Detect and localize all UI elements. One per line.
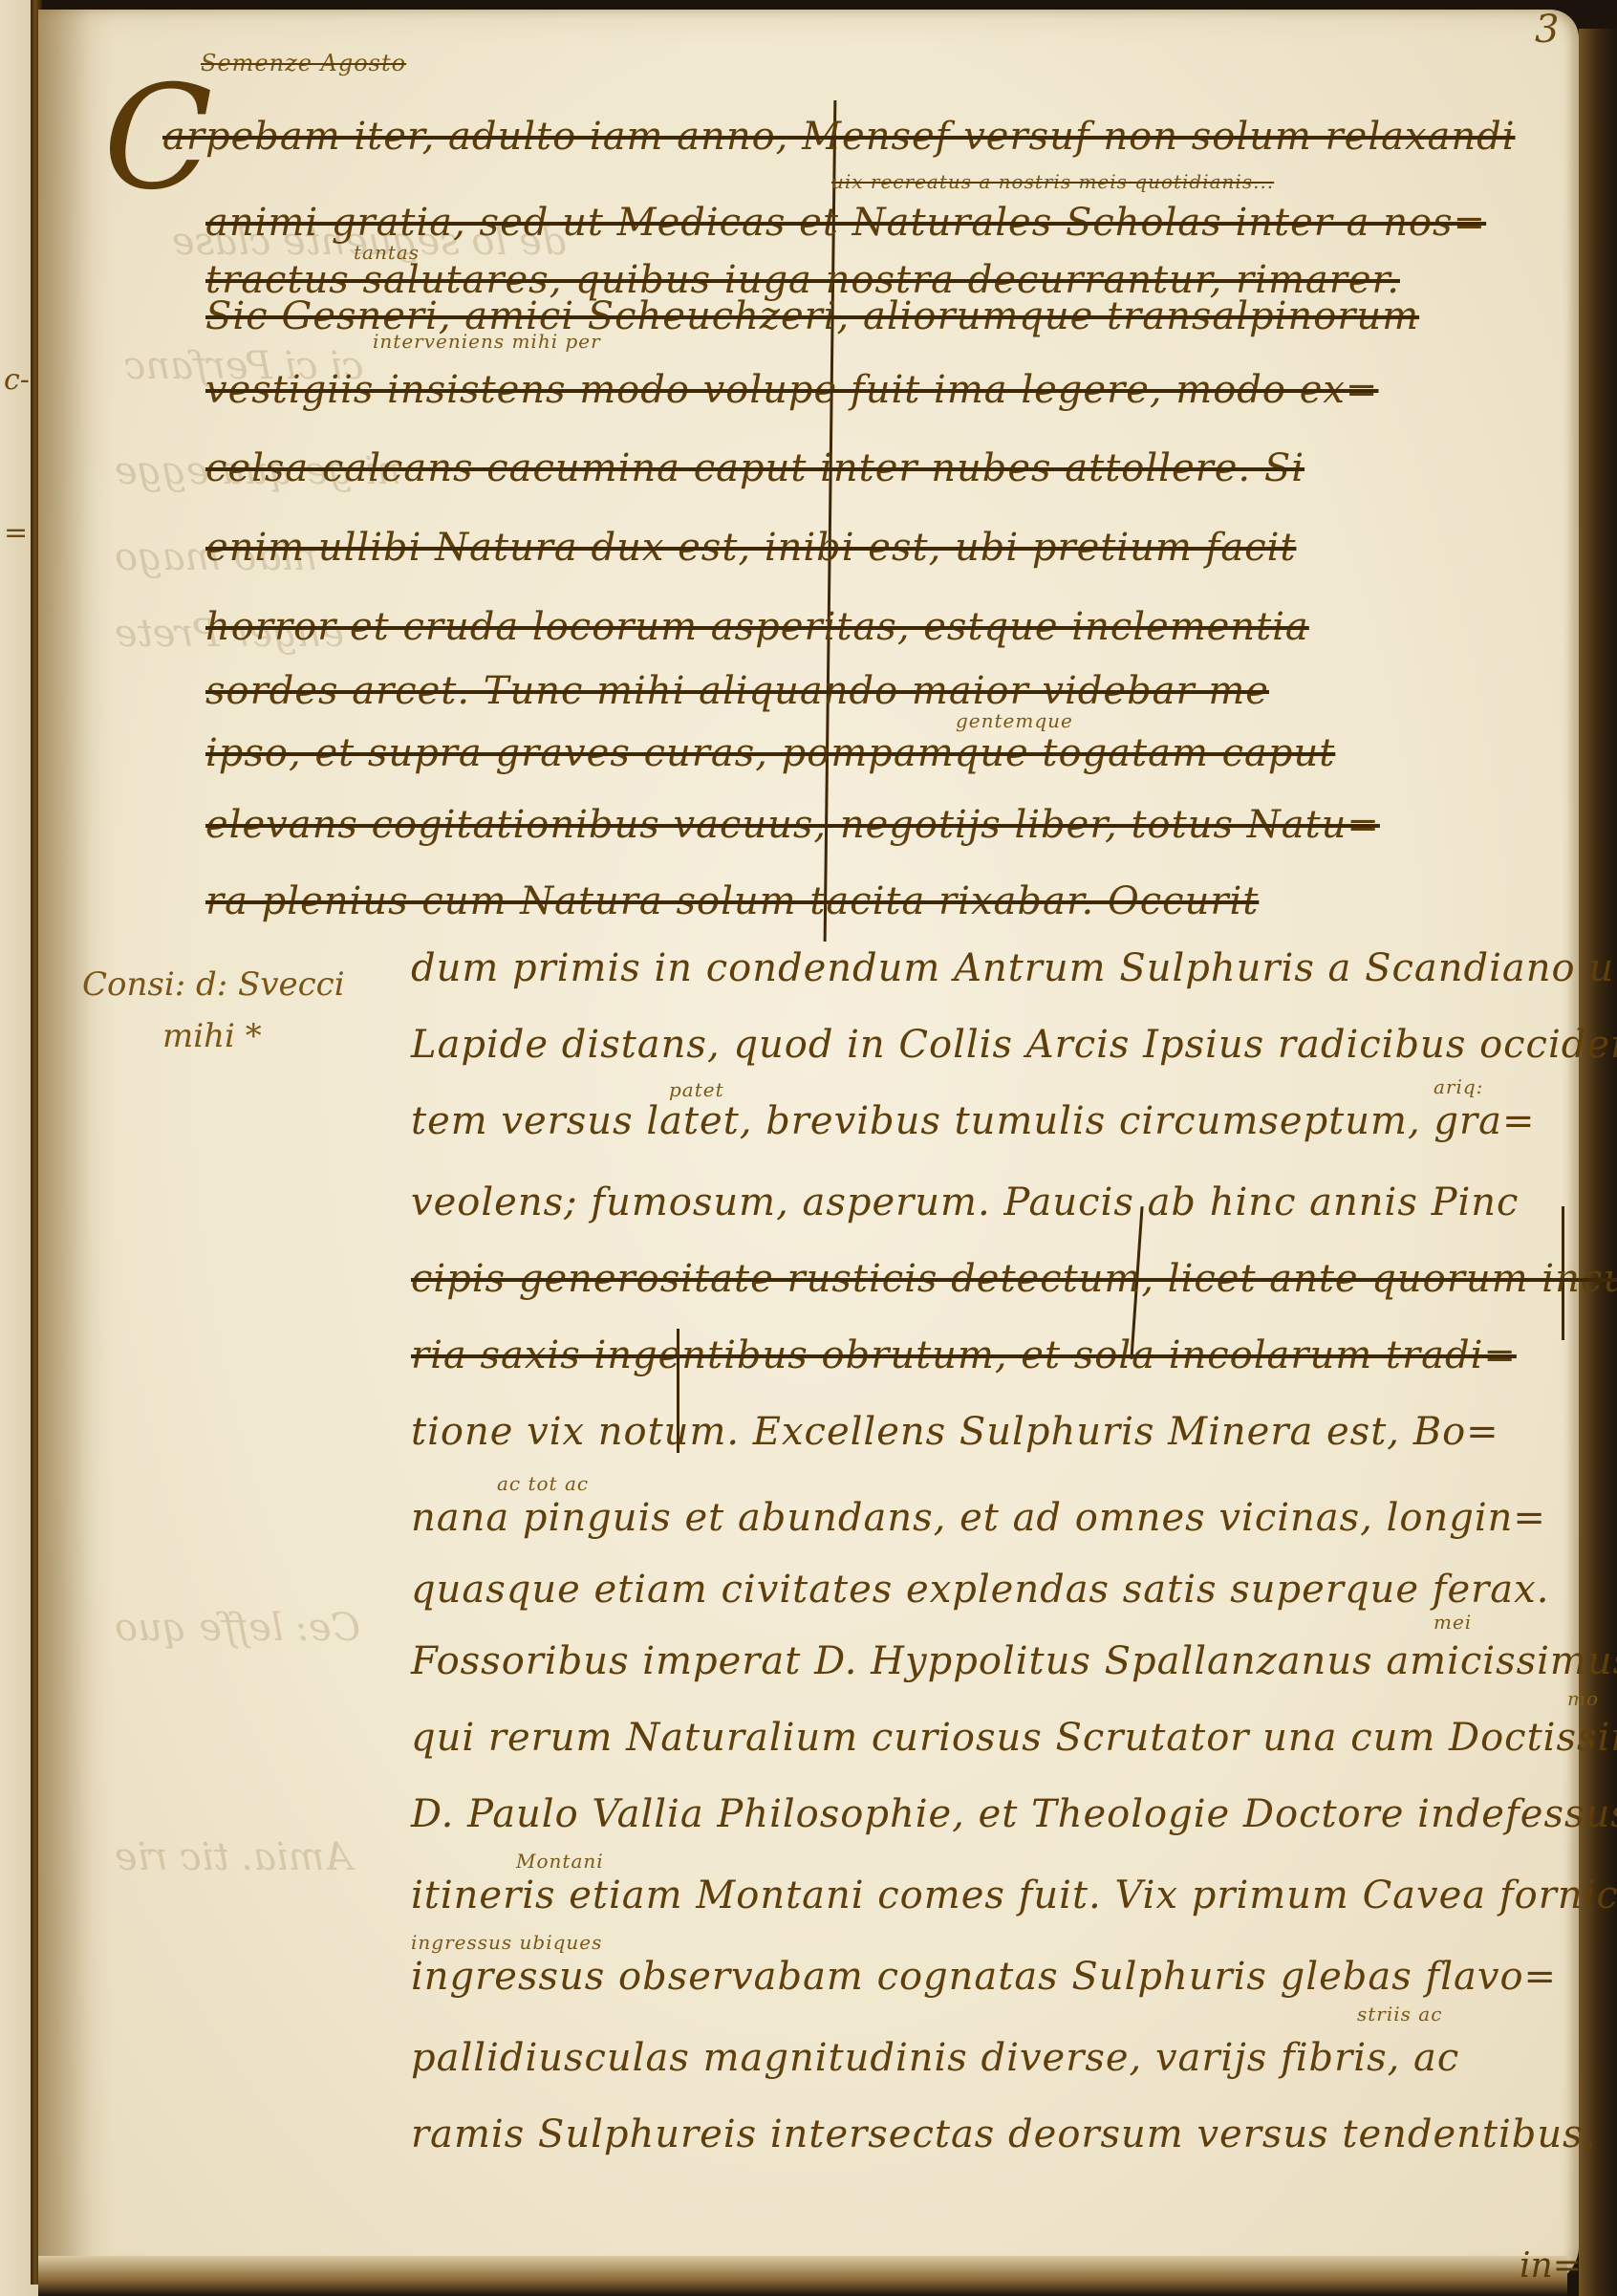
prev-page-mark: c- — [4, 363, 30, 397]
gutter-shadow — [38, 10, 115, 2285]
manuscript-line: ria saxis ingentibus obrutum, et sola in… — [411, 1333, 1517, 1377]
manuscript-line: Lapide distans, quod in Collis Arcis Ips… — [411, 1023, 1617, 1067]
manuscript-line: tem versus latet, brevibus tumulis circu… — [411, 1099, 1535, 1143]
manuscript-line: veolens; fumosum, asperum. Paucis ab hin… — [411, 1180, 1519, 1224]
interlinear-insert: ingressus ubiques — [411, 1931, 602, 1954]
manuscript-line: dum primis in condendum Antrum Sulphuris… — [411, 946, 1617, 990]
margin-note-mihi: mihi * — [162, 1017, 262, 1055]
manuscript-line: pallidiusculas magnitudinis diverse, var… — [411, 2036, 1459, 2080]
margin-note-consi: Consi: d: Svecci — [82, 965, 345, 1004]
manuscript-line: celsa calcans cacumina caput inter nubes… — [205, 446, 1304, 490]
manuscript-line: qui rerum Naturalium curiosus Scrutator … — [411, 1716, 1617, 1760]
manuscript-line: elevans cogitationibus vacuus, negotijs … — [205, 803, 1380, 847]
manuscript-line: sordes arcet. Tunc mihi aliquando maior … — [205, 669, 1269, 713]
manuscript-line: itineris etiam Montani comes fuit. Vix p… — [411, 1874, 1617, 1917]
manuscript-line: ra plenius cum Natura solum tacita rixab… — [205, 879, 1259, 923]
manuscript-line: ramis Sulphureis intersectas deorsum ver… — [411, 2112, 1596, 2156]
interlinear-insert: uix recreatus a nostris meis quotidianis… — [831, 170, 1274, 193]
manuscript-line: horror et cruda locorum asperitas, estqu… — [205, 605, 1309, 649]
manuscript-line: cipis generositate rusticis detectum, li… — [411, 1257, 1617, 1301]
catchword: in= — [1520, 2246, 1582, 2285]
interlinear-insert: patet — [669, 1078, 724, 1101]
manuscript-line: vestigiis insistens modo volupe fuit ima… — [205, 368, 1378, 412]
manuscript-line: nana pinguis et abundans, et ad omnes vi… — [411, 1496, 1546, 1540]
page-bottom-edge — [38, 2256, 1567, 2296]
bleed-through-text: Ce: leffe quo — [115, 1606, 360, 1650]
interlinear-insert: gentemque — [956, 709, 1073, 732]
manuscript-line: arpebam iter, adulto iam anno, Mensef ve… — [162, 115, 1516, 159]
interlinear-insert: mei — [1434, 1611, 1472, 1634]
prev-page-mark: = — [4, 516, 28, 550]
manuscript-line: quasque etiam civitates explendas satis … — [411, 1568, 1549, 1612]
interlinear-insert: ariq: — [1434, 1075, 1483, 1098]
manuscript-line: enim ullibi Natura dux est, inibi est, u… — [205, 526, 1296, 570]
manuscript-line: ipso, et supra graves curas, pompamque t… — [205, 731, 1335, 775]
manuscript-line: ingressus observabam cognatas Sulphuris … — [411, 1955, 1557, 1999]
page-number: 3 — [1535, 8, 1559, 52]
interlinear-insert: striis ac — [1357, 2003, 1442, 2025]
manuscript-line: Fossoribus imperat D. Hyppolitus Spallan… — [411, 1639, 1617, 1683]
interlinear-insert: Montani — [516, 1850, 604, 1873]
manuscript-line: animi gratia, sed ut Medicas et Naturale… — [205, 201, 1486, 245]
interlinear-insert: ac tot ac — [497, 1472, 589, 1495]
bleed-through-text: Amia. tic rie — [115, 1835, 352, 1879]
manuscript-line: D. Paulo Vallia Philosophie, et Theologi… — [411, 1792, 1617, 1836]
header-note: Semenze Agosto — [201, 50, 406, 76]
interlinear-insert: interveniens mihi per — [373, 330, 601, 353]
manuscript-line: tione vix notum. Excellens Sulphuris Min… — [411, 1410, 1499, 1454]
interlinear-insert: mo — [1567, 1687, 1599, 1710]
page-right-edge — [1579, 29, 1617, 2296]
